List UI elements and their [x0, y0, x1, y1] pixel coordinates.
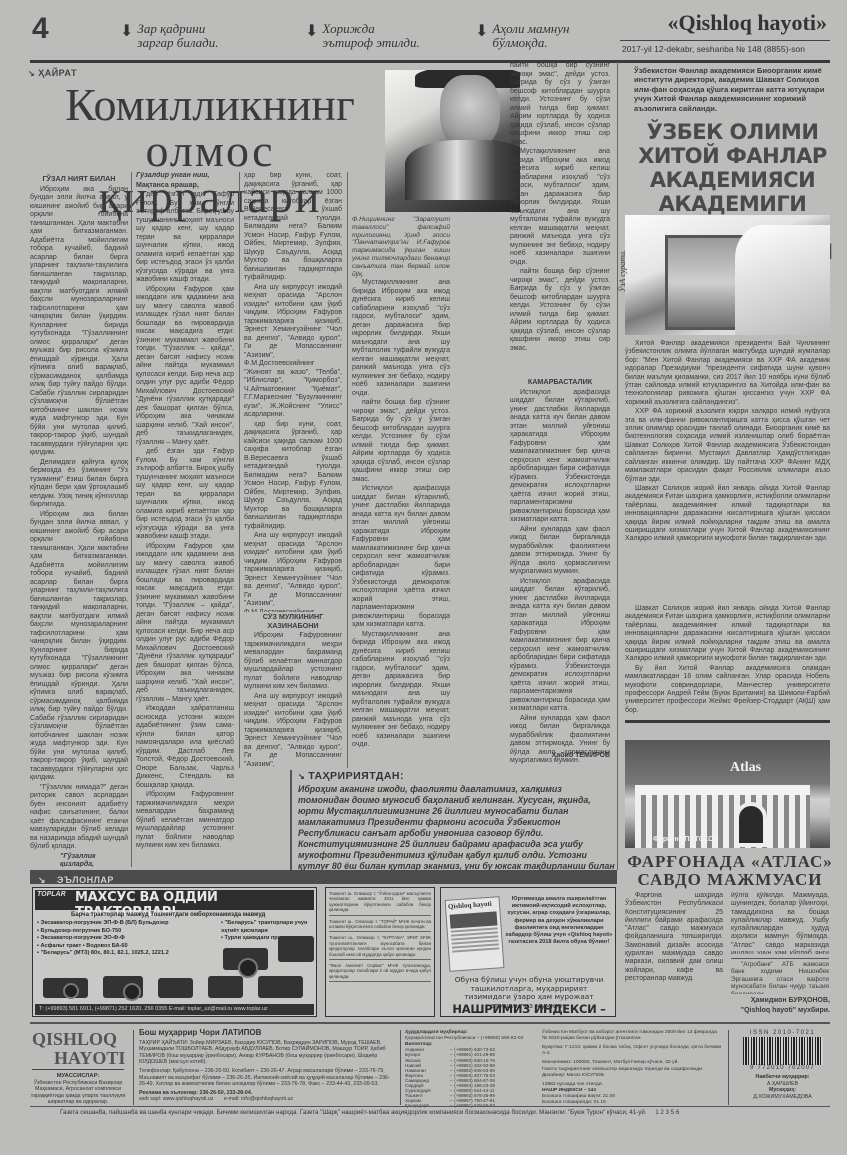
- scientist-photo: [625, 215, 830, 335]
- issn-number: ISSN 2010-7021: [737, 1030, 828, 1036]
- brand-divider: [620, 40, 830, 41]
- teaser-2[interactable]: ⬇ Хориждаэътироф этилди.: [305, 22, 420, 50]
- bottom-divider: [30, 1106, 830, 1107]
- tractor-ad-contacts[interactable]: Т: (+99893) 581 6911, (+99871) 252 1620,…: [35, 1004, 314, 1015]
- toplar-logo: TOPLAR: [37, 891, 66, 898]
- tractor-wheel: [238, 958, 258, 978]
- footer-logo: QISHLOQHAYOTI: [32, 1030, 124, 1068]
- subscription-text: Юртимизда амалга оширилаётган ижтимоий-и…: [505, 896, 613, 946]
- author-signature: Ҳабиб ТЕМИРОВ: [510, 752, 610, 761]
- masthead-divider: [30, 60, 830, 63]
- right-article-lead: Ўзбекистон Фанлар академияси Биоорганик …: [634, 66, 834, 113]
- column-divider: [239, 172, 240, 768]
- right-article-body-end: Шавкат Солиҳов жорий йил январь ойида Хи…: [625, 605, 830, 715]
- email-link[interactable]: e-mail: info@qishloqhayoti.uz: [224, 1096, 293, 1102]
- editorial-rubric: ↘ТАҲРИРИЯТДАН:: [298, 770, 615, 782]
- editorial-note: ↘ТАҲРИРИЯТДАН: Иброҳим аканинг ижоди, фа…: [290, 770, 615, 883]
- photo-person: [735, 225, 830, 335]
- column-divider: [347, 172, 348, 768]
- tractor-image: [208, 976, 243, 998]
- barcode-block: ISSN 2010-7021 9 772010 702007 Навбатчи …: [728, 1030, 828, 1105]
- print-codes: 1 2 3 5 6: [655, 1109, 679, 1116]
- footer-logo-divider: [32, 1069, 124, 1070]
- newspaper-brand: «Qishloq hayoti»: [667, 10, 827, 36]
- section-subhead: СЎЗ МУЛКИНИНГХАЗИНАБОНИ: [244, 613, 342, 630]
- duty-staff: Навбатчи муҳаррир: А.ҲАРШИЕВ Мусаҳҳиҳ: Д…: [737, 1074, 828, 1100]
- article-column-2: Гўзалдир унган ниш, Мақтанса ярашар, деб…: [136, 172, 234, 867]
- atlas-signature-block: Ҳамиджон БУРҲОНОВ, "Qishloq hayoti" мухб…: [625, 997, 830, 1019]
- subscription-advertisement[interactable]: Qishloq hayoti Юртимизда амалга оширилаё…: [440, 887, 616, 1017]
- atlas-signature-role: "Qishloq hayoti" мухбири.: [625, 1007, 830, 1016]
- chief-editor: Бош муҳаррир Чори ЛАТИПОВ: [139, 1030, 393, 1037]
- photo-credit: ЎзА сурати.: [618, 250, 627, 292]
- atlas-signature: Ҳамиджон БУРҲОНОВ,: [625, 997, 830, 1006]
- tractor-image: [158, 978, 193, 998]
- website-link[interactable]: web sayt: www.qishloqhayoti.uz: [139, 1096, 214, 1102]
- article-column-5: пайти бошқа бир сўзнинг чироқи эмас", де…: [510, 62, 610, 384]
- condolence-notice: "Агробанк" АТБ жамоаси банк ходими Нишон…: [731, 958, 829, 994]
- regional-correspondents: Ҳудудлардаги муҳбирлар: Қорақалпоғистон …: [400, 1030, 525, 1105]
- article-column-1: ГЎЗАЛ НИЯТ БИЛАН Иброҳим ака билан бунда…: [30, 172, 128, 867]
- right-article-body: Хитой Фанлар академияси президенти Бай Ч…: [625, 340, 830, 600]
- editorial-board: Бош муҳаррир Чори ЛАТИПОВ ТАҲРИР ҲАЙЪАТИ…: [133, 1030, 393, 1105]
- section-subhead-kamarbastalik: КАМАРБАСТАЛИК: [510, 378, 610, 387]
- tractor-image: [258, 976, 303, 998]
- atlas-column-1: Фарғона шаҳрида Ўзбекистон Республикаси …: [625, 892, 723, 992]
- notice-item: Тошкент ш., Олмазор т. "ТОРАЙ" МЧЖ печат…: [329, 919, 431, 933]
- tractor-wheel: [123, 983, 141, 1001]
- editorial-text: Иброҳим аканинг ижоди, фаолияти давлатим…: [298, 784, 615, 883]
- page-number: 4: [32, 12, 49, 46]
- atlas-headline: ФАРҒОНАДА «АТЛАС» САВДО МАЖМУАСИ: [620, 853, 840, 889]
- atlas-sign: Atlas: [730, 760, 761, 776]
- publication-schedule: Газета сешанба, пайшанба ва шанба кунлар…: [60, 1109, 830, 1116]
- atlas-photo-caption: Фарғона ПИТСКОН: [653, 836, 719, 843]
- notice-item: Тошкент ш., Олмазор т. "КУРТАБА" ЭРИГ МЧ…: [329, 935, 431, 960]
- article-column-4: Ф.Ницшенинг "Заратушт таваллоси" фалсафи…: [352, 216, 450, 768]
- arrow-down-icon: ⬇: [120, 24, 133, 40]
- tractor-ad-subtitle: Барча тракторлар мавжуд Тошкентдаги омбо…: [71, 912, 265, 918]
- tractor-ad-list-left: ▪ Экскаватор-погрузчик ЭП-Ф-В (БЛ) Бульд…: [37, 920, 169, 958]
- portrait-body: [405, 140, 520, 200]
- building-arch: [735, 802, 767, 847]
- ads-phone: Реклама ва эълонлар: 236-26-50, 233-28-0…: [139, 1090, 393, 1097]
- contact-links: web sayt: www.qishloqhayoti.uz e-mail: i…: [139, 1096, 393, 1103]
- correspondent-table: Андижон–(+99890) 630-73-02 Бухоро–(+9989…: [405, 1047, 525, 1108]
- ads-section-label: ↘ ЭЪЛОНЛАР: [30, 875, 114, 885]
- section-divider: [625, 720, 830, 723]
- print-info: Ўзбекистон Матбуот ва ахборот агентлиги …: [542, 1030, 722, 1106]
- board-members: ТАҲРИР ҲАЙЪАТИ: Зойир МИРЗАЕВ, Баҳодир Ю…: [139, 1040, 393, 1066]
- notices-box: Тошкент ш. Олмазор т. "Ўзбек-ҳарзи" масъ…: [325, 887, 435, 1017]
- notice-item: "Фаол Амалиёт Сервис" МЧЖ тугатилмоқда, …: [329, 963, 431, 982]
- phone-list: Телефонлар: Қабулхона – 236-26-50, Котиб…: [139, 1068, 393, 1088]
- portrait-photo: [385, 70, 520, 212]
- subscription-index: НАШРИМИЗ ИНДЕКСИ – 144: [447, 1002, 611, 1017]
- ads-section-header: ↘ ЭЪЛОНЛАР: [30, 870, 617, 884]
- rubric-marker-icon: ↘: [28, 69, 35, 78]
- barcode-icon: [743, 1037, 823, 1065]
- column-divider: [617, 62, 618, 870]
- barcode-digits: 9 772010 702007: [737, 1065, 828, 1071]
- arrow-down-icon: ⬇: [305, 24, 318, 40]
- atlas-column-2: йўлга қўйилди. Мажмуада, шунингдек, бола…: [731, 892, 829, 954]
- article-column-3: ҳар бир куни, соат, дақиқасига ўрганиб, …: [244, 172, 342, 612]
- teaser-3[interactable]: ⬇ Аҳоли мамнунбўлмоқда.: [475, 22, 569, 50]
- newspaper-thumbnail: Qishloq hayoti: [445, 896, 505, 972]
- tractor-advertisement[interactable]: TOPLAR МАХСУС ВА ОДДИЙ ТРАКТОРЛАР! Барча…: [32, 887, 317, 1017]
- column-divider: [131, 172, 132, 867]
- rubric-label: ↘ҲАЙРАТ: [28, 68, 77, 78]
- author-signature-block: Ҳабиб ТЕМИРОВ: [510, 752, 610, 766]
- issue-date-line: 2017-yil 12-dekabr, seshanba № 148 (8855…: [622, 44, 805, 54]
- teaser-1[interactable]: ⬇ Зар қадринизаргар билади.: [120, 22, 219, 50]
- article-column-5-section: КАМАРБАСТАЛИК Истиқлол арафасида шиддат …: [510, 375, 610, 768]
- poem-quote: "Гўзаллик қизларда, У қора кўзларда, Соз…: [30, 853, 128, 868]
- arrow-down-icon: ⬇: [475, 24, 488, 40]
- rubric-marker-icon: ↘: [298, 772, 305, 781]
- notice-item: Тошкент ш. Олмазор т. "Ўзбек-ҳарзи" масъ…: [329, 891, 431, 916]
- newspaper-page: 4 ⬇ Зар қадринизаргар билади. ⬇ Хориждаэ…: [0, 0, 847, 1155]
- footer-divider: [30, 1022, 830, 1024]
- founders-block: МУАССИСЛАР: Ўзбекистон Республикаси Вази…: [30, 1073, 126, 1106]
- article-column-3-section: СЎЗ МУЛКИНИНГХАЗИНАБОНИ Иброҳим Ғафуровн…: [244, 613, 342, 768]
- tractor-image: [278, 936, 314, 962]
- atlas-building-photo: Atlas Фарғона ПИТСКОН: [625, 740, 830, 848]
- tractor-wheel: [63, 983, 79, 999]
- portrait-face: [440, 75, 500, 150]
